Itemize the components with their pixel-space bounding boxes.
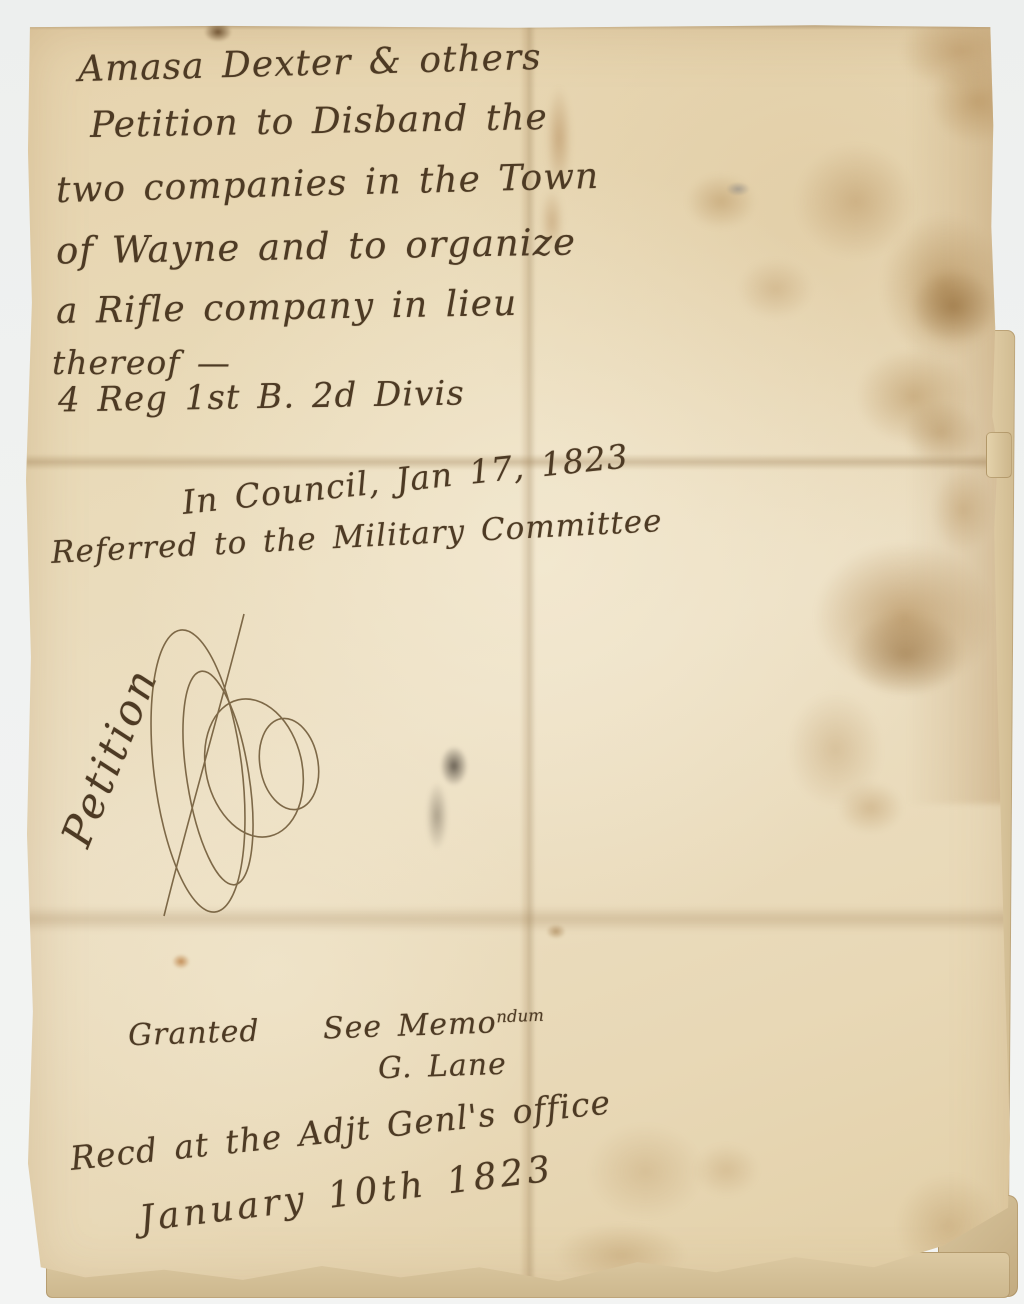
stain [930, 59, 1024, 144]
docket-line: Amasa Dexter & others [78, 40, 542, 88]
stain [546, 924, 566, 939]
docket-line: Petition to Disband the [90, 100, 548, 144]
ink-spot [204, 22, 232, 42]
docket-line: a Rifle company in lieu [56, 286, 518, 330]
docket-line: of Wayne and to organize [56, 223, 577, 269]
docket-line: thereof — [52, 346, 231, 379]
stain [694, 1144, 759, 1196]
ink-smudge [440, 746, 468, 786]
granted-signature: G. Lane [378, 1050, 508, 1084]
stain [838, 782, 903, 834]
granted-word: Granted [127, 1014, 260, 1054]
memo-superscript: ndum [496, 1006, 544, 1027]
see-memo-word: See Memo [322, 1005, 497, 1046]
granted-note: Granted See Memondum [128, 1007, 545, 1052]
document-scan: Amasa Dexter & others Petition to Disban… [0, 0, 1024, 1304]
stain [738, 259, 813, 319]
stain [904, 402, 979, 464]
pencil-mark [726, 182, 750, 196]
docket-line: 4 Reg 1st B. 2d Divis [58, 376, 465, 417]
council-note-line: In Council, Jan 17, 1823 [181, 439, 631, 519]
docket-line: two companies in the Town [56, 159, 600, 209]
stain [848, 612, 963, 697]
stain [172, 954, 190, 969]
paper-sheet: Amasa Dexter & others Petition to Disban… [26, 24, 1012, 1290]
stain [588, 1124, 703, 1219]
pen-flourish [126, 596, 346, 936]
ink-smudge-trail [426, 782, 448, 850]
council-note-line: Referred to the Military Committee [50, 506, 663, 569]
paper-fold-tab [986, 432, 1012, 478]
stain [911, 269, 996, 344]
stain [932, 469, 994, 551]
